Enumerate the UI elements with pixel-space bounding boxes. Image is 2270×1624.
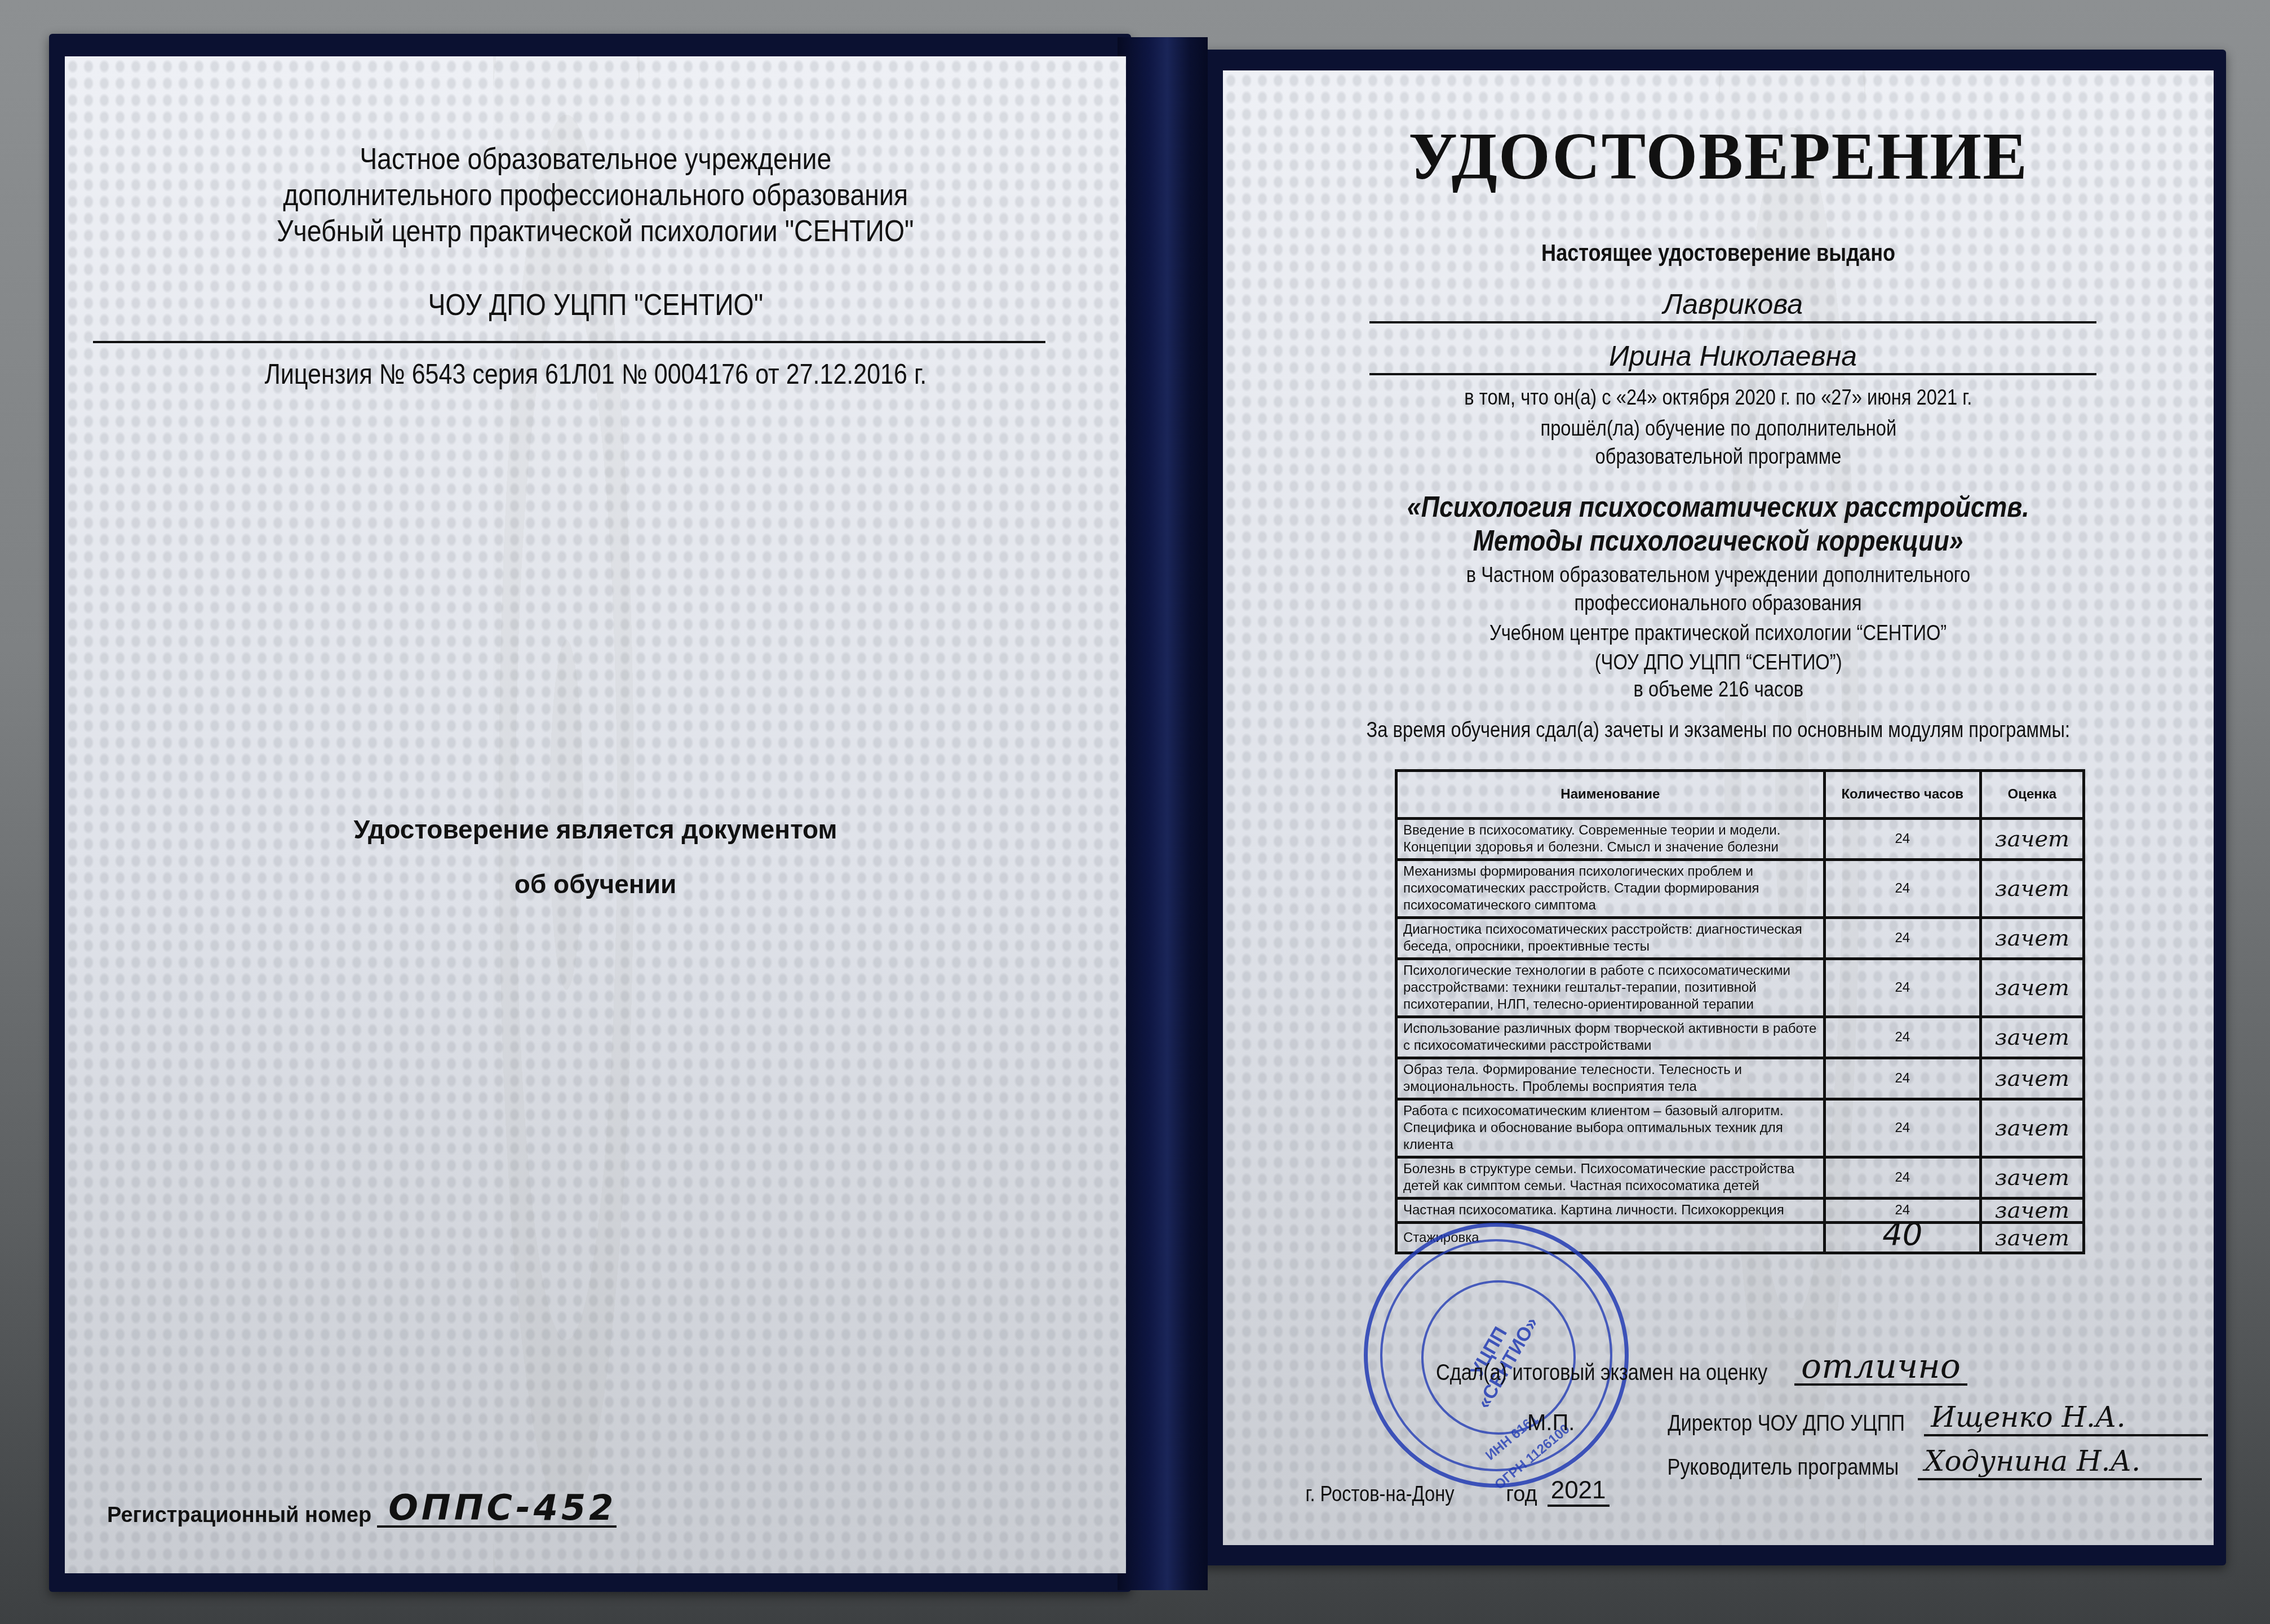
module-name: Использование различных форм творческой … xyxy=(1396,1017,1825,1058)
table-row: Использование различных форм творческой … xyxy=(1396,1017,2084,1058)
program-head-signature-row: Руководитель программы Ходунина Н.А. xyxy=(1648,1444,2202,1480)
institution-abbreviation: ЧОУ ДПО УЦПП "СЕНТИО" xyxy=(65,287,1126,322)
module-name: Введение в психосоматику. Современные те… xyxy=(1396,819,1825,860)
document-statement-line1: Удостоверение является документом xyxy=(65,814,1126,845)
holder-given-names: Ирина Николаевна xyxy=(1369,339,2096,375)
table-row: Частная психосоматика. Картина личности.… xyxy=(1396,1199,2084,1223)
program-title-line-2: Методы психологической коррекции» xyxy=(1223,524,2214,558)
module-name: Работа с психосоматическим клиентом – ба… xyxy=(1396,1099,1825,1157)
table-header-row: Наименование Количество часов Оценка xyxy=(1396,771,2084,819)
module-hours: 24 xyxy=(1824,1017,1980,1058)
right-page: УДОСТОВЕРЕНИЕ Настоящее удостоверение вы… xyxy=(1223,70,2214,1545)
table-row: Работа с психосоматическим клиентом – ба… xyxy=(1396,1099,2084,1157)
handwritten-hours: 40 xyxy=(1882,1216,1922,1253)
table-row: Механизмы формирования психологических п… xyxy=(1396,860,2084,918)
program-title-line-1: «Психология психосоматических расстройст… xyxy=(1223,490,2214,524)
module-name: Механизмы формирования психологических п… xyxy=(1396,860,1825,918)
module-grade: зачет xyxy=(1980,918,2083,959)
module-name: Образ тела. Формирование телесности. Тел… xyxy=(1396,1058,1825,1099)
final-exam-row: Сдал(а) итоговый экзамен на оценку отлич… xyxy=(1409,1350,1967,1386)
modules-table: Наименование Количество часов Оценка Вве… xyxy=(1395,769,2085,1254)
year-label: год xyxy=(1506,1483,1537,1507)
registration-label: Регистрационный номер xyxy=(107,1503,371,1528)
registration-number-row: Регистрационный номер ОППС-452 xyxy=(107,1490,617,1528)
completed-line-2: образовательной программе xyxy=(1223,445,2214,469)
module-hours: 24 xyxy=(1824,959,1980,1017)
table-row: Введение в психосоматику. Современные те… xyxy=(1396,819,2084,860)
module-name: Частная психосоматика. Картина личности.… xyxy=(1396,1199,1825,1223)
module-grade: зачет xyxy=(1980,819,2083,860)
document-statement-line2: об обучении xyxy=(65,869,1126,899)
column-header-name: Наименование xyxy=(1396,771,1825,819)
module-hours: 24 xyxy=(1824,1099,1980,1157)
module-hours: 24 xyxy=(1824,1058,1980,1099)
module-grade: зачет xyxy=(1980,959,2083,1017)
module-grade: зачет xyxy=(1980,1058,2083,1099)
director-signature: Ищенко Н.А. xyxy=(1924,1400,2208,1436)
seal-place-label: М.П. xyxy=(1527,1410,1575,1436)
module-grade: зачет xyxy=(1980,1099,2083,1157)
module-grade: зачет xyxy=(1980,860,2083,918)
left-page: Частное образовательное учреждение допол… xyxy=(65,56,1126,1573)
completed-line-1: прошёл(ла) обучение по дополнительной xyxy=(1223,417,2214,441)
issued-to-label: Настоящее удостоверение выдано xyxy=(1223,239,2214,267)
divider xyxy=(93,341,1045,343)
table-row: Образ тела. Формирование телесности. Тел… xyxy=(1396,1058,2084,1099)
module-name: Диагностика психосоматических расстройст… xyxy=(1396,918,1825,959)
column-header-grade: Оценка xyxy=(1980,771,2083,819)
module-hours: 24 xyxy=(1824,918,1980,959)
director-signature-row: Директор ЧОУ ДПО УЦПП Ищенко Н.А. xyxy=(1648,1400,2208,1436)
table-row: Болезнь в структуре семьи. Психосоматиче… xyxy=(1396,1157,2084,1199)
module-grade: зачет xyxy=(1980,1157,2083,1199)
module-grade: зачет xyxy=(1980,1199,2083,1223)
registration-number: ОППС-452 xyxy=(377,1490,617,1528)
table-row: Диагностика психосоматических расстройст… xyxy=(1396,918,2084,959)
module-name: Психологические технологии в работе с пс… xyxy=(1396,959,1825,1017)
institution-name: Частное образовательное учреждение допол… xyxy=(65,141,1126,249)
module-hours: 24 xyxy=(1824,860,1980,918)
module-hours: 24 xyxy=(1824,819,1980,860)
folder-spine xyxy=(1118,37,1208,1590)
column-header-hours: Количество часов xyxy=(1824,771,1980,819)
total-hours: в объеме 216 часов xyxy=(1223,678,2214,702)
module-hours: 40 xyxy=(1824,1223,1980,1253)
module-grade: зачет xyxy=(1980,1223,2083,1253)
study-period: в том, что он(а) с «24» октября 2020 г. … xyxy=(1223,386,2214,410)
final-exam-grade: отлично xyxy=(1794,1350,1967,1386)
year: 2021 xyxy=(1548,1476,1610,1507)
city: г. Ростов-на-Дону xyxy=(1306,1483,1455,1507)
holder-surname: Лаврикова xyxy=(1369,287,2096,323)
modules-intro: За время обучения сдал(а) зачеты и экзам… xyxy=(1223,718,2214,743)
institution-line: (ЧОУ ДПО УЦПП “СЕНТИО”) xyxy=(1223,651,2214,675)
institution-line: Учебном центре практической психологии “… xyxy=(1223,622,2214,646)
module-name: Болезнь в структуре семьи. Психосоматиче… xyxy=(1396,1157,1825,1199)
director-label: Директор ЧОУ ДПО УЦПП xyxy=(1668,1411,1905,1436)
document-title: УДОСТОВЕРЕНИЕ xyxy=(1223,118,2214,195)
place-and-year: г. Ростов-на-Дону год 2021 xyxy=(1293,1476,1610,1507)
institution-line: в Частном образовательном учреждении доп… xyxy=(1223,563,2214,588)
module-hours: 24 xyxy=(1824,1157,1980,1199)
module-grade: зачет xyxy=(1980,1017,2083,1058)
program-head-signature: Ходунина Н.А. xyxy=(1918,1444,2202,1480)
table-row: Психологические технологии в работе с пс… xyxy=(1396,959,2084,1017)
program-head-label: Руководитель программы xyxy=(1667,1455,1899,1480)
final-exam-label: Сдал(а) итоговый экзамен на оценку xyxy=(1436,1360,1767,1386)
institution-line: профессионального образования xyxy=(1223,592,2214,616)
license-line: Лицензия № 6543 серия 61Л01 № 0004176 от… xyxy=(65,358,1126,391)
